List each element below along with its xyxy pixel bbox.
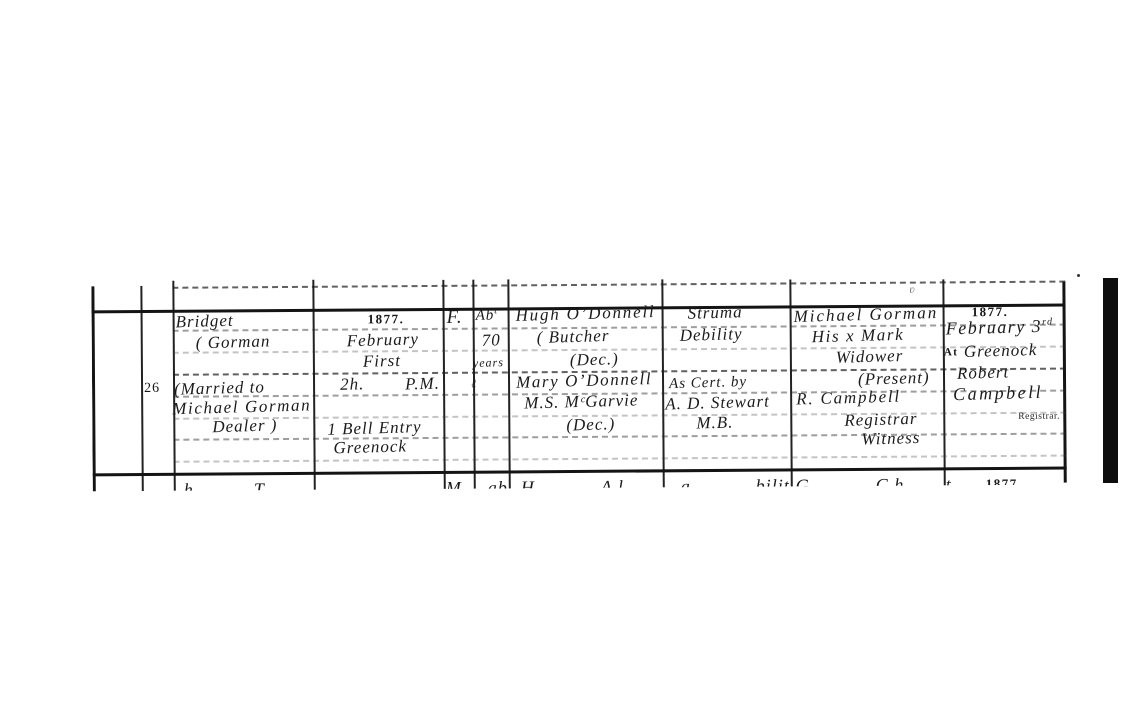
ruling-line [173,433,1066,441]
next-entry-fragment: H [521,477,535,491]
mother-name: Mary O’Donnell [516,369,653,393]
registration-date-text: February 3 [945,316,1042,339]
next-entry-fragment: bilit [756,475,790,491]
cause-of-death-line-1: Struma [687,302,743,324]
registration-at-label: At [944,346,959,358]
ink-mark: ℓ [471,377,477,392]
father-name: Hugh O’Donnell [515,302,655,326]
register-table: 26 Bridget ( Gorman (Married to Michael … [91,272,1084,491]
certified-by-line: As Cert. by [669,374,748,393]
table-bottom-border [93,467,1067,477]
scanned-death-register-page: 26 Bridget ( Gorman (Married to Michael … [0,0,1122,726]
informant-mark-line: His x Mark [811,325,904,348]
doctor-degree: M.B. [696,412,734,433]
death-month: February [346,329,419,351]
registrar-printed-label: Registrar. [1018,412,1060,422]
entry-number: 26 [144,381,160,397]
death-hour: 2h. [340,374,365,395]
table-vertical-line [91,286,95,491]
mother-deceased: (Dec.) [566,414,615,435]
registration-date-superscript: rd [1042,317,1054,328]
death-year: 1877. [368,311,405,327]
registrar-signature-first: Robert [957,362,1010,383]
age-abt-text: Ab [475,307,494,324]
registrar-signature-last: Campbell [953,382,1044,406]
witness-name: R. Campbell [796,387,901,410]
witness-label: Witness [861,428,920,450]
age-abt: Abt [475,305,498,325]
age-value: 70 [481,330,501,351]
next-entry-fragment: M [446,478,462,492]
father-deceased: (Dec.) [570,349,619,370]
sex-value: F. [446,307,463,329]
next-entry-fragment: ab [488,477,508,491]
table-vertical-line [789,279,792,486]
informant-name: Michael Gorman [793,303,938,327]
table-vertical-line [1062,282,1066,483]
next-entry-fragment: t [946,474,952,491]
deceased-spouse-occupation: Dealer ) [212,415,278,437]
ruling-line [174,455,1067,463]
registration-date: February 3rd [945,316,1054,340]
doctor-name: A. D. Stewart [665,392,770,415]
next-entry-fragment: G [796,475,810,491]
ink-squiggle: ʋ [909,284,916,296]
registration-place: Greenock [964,340,1038,362]
previous-row-ruling-line [172,281,1065,289]
next-entry-fragment: 1877. [986,476,1023,491]
deceased-surname: ( Gorman [195,331,270,353]
table-vertical-line [661,279,664,487]
next-entry-fragment: T [254,479,265,491]
father-occupation: ( Butcher [536,326,609,348]
cause-of-death-line-2: Debility [679,324,742,346]
ruling-line [173,324,1066,332]
mother-maiden-surname: M.S. MᶜGarvie [524,390,639,413]
age-unit: years [473,355,504,371]
table-vertical-line [507,279,510,488]
ink-speck [1077,274,1080,277]
scan-binding-bar [1103,278,1118,483]
next-entry-fragment: A l [601,477,624,492]
next-entry-fragment: a [681,476,691,491]
next-entry-fragment: h [184,480,194,492]
death-day: First [363,351,402,372]
table-vertical-line [442,280,445,489]
deceased-first-name: Bridget [175,311,234,333]
death-ampm: P.M. [405,374,440,395]
age-abt-superscript: t [494,305,498,316]
next-entry-fragment: C h [876,475,905,492]
informant-relation: Widower [836,346,904,368]
ruling-line [173,346,1066,354]
death-address-line-2: Greenock [333,436,407,458]
